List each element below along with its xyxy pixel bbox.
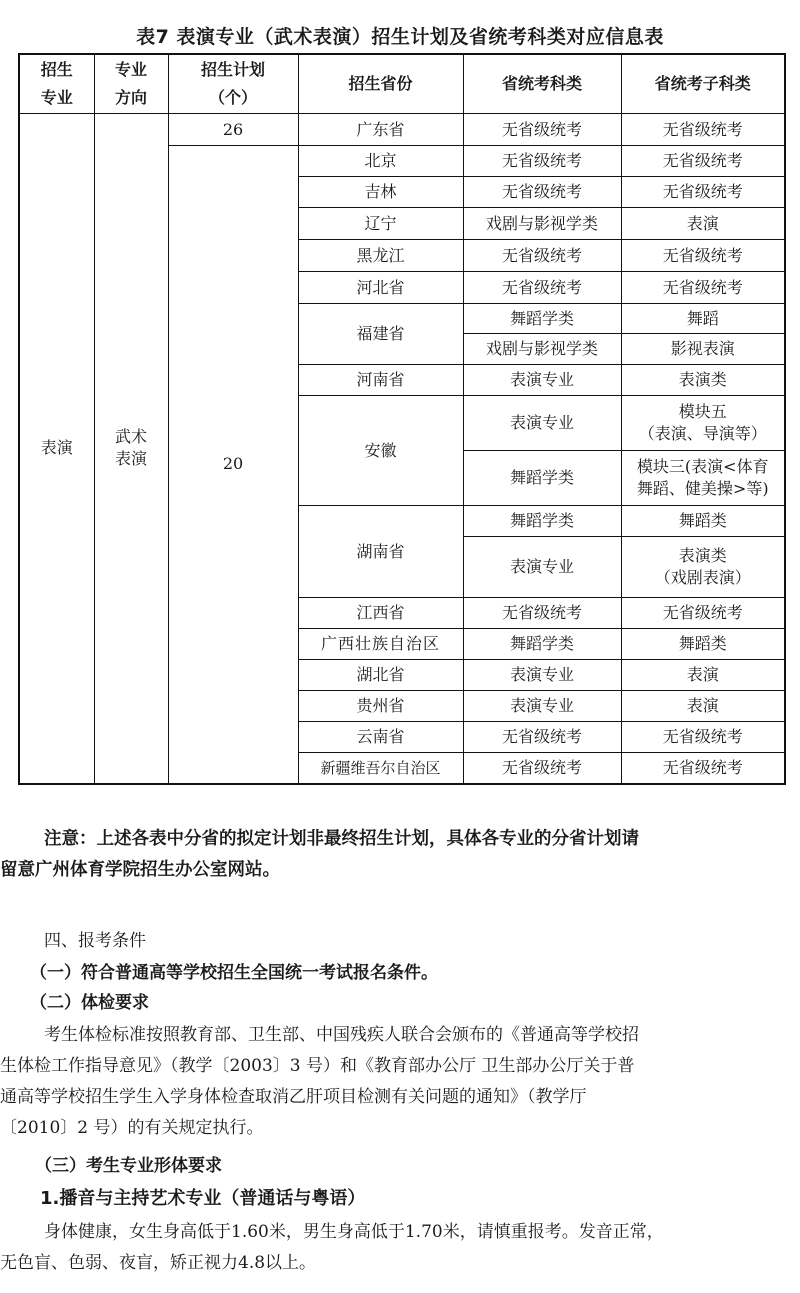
province-cell: 河南省 bbox=[298, 365, 463, 396]
subcategory-cell: 无省级统考 bbox=[621, 240, 785, 272]
subcategory-cell: 无省级统考 bbox=[621, 114, 785, 146]
province-cell: 江西省 bbox=[298, 598, 463, 629]
category-cell: 无省级统考 bbox=[463, 177, 621, 208]
province-cell: 广东省 bbox=[298, 114, 463, 146]
table-title: 表7 表演专业（武术表演）招生计划及省统考科类对应信息表 bbox=[0, 22, 800, 49]
province-cell: 黑龙江 bbox=[298, 240, 463, 272]
plan-cell: 20 bbox=[168, 146, 298, 784]
subcategory-cell: 无省级统考 bbox=[621, 753, 785, 784]
subcategory-cell: 表演类 bbox=[621, 365, 785, 396]
subcategory-cell: 无省级统考 bbox=[621, 272, 785, 304]
subcategory-cell: 表演 bbox=[621, 208, 785, 240]
category-cell: 表演专业 bbox=[463, 691, 621, 722]
province-cell: 广西壮族自治区 bbox=[298, 629, 463, 660]
subcategory-cell: 表演 bbox=[621, 691, 785, 722]
item2-body: 考生体检标准按照教育部、卫生部、中国残疾人联合会颁布的《普通高等学校招 生体检工… bbox=[0, 1020, 790, 1144]
major-cell: 表演 bbox=[19, 114, 94, 784]
category-cell: 无省级统考 bbox=[463, 272, 621, 304]
category-cell: 无省级统考 bbox=[463, 240, 621, 272]
province-cell: 云南省 bbox=[298, 722, 463, 753]
item2-heading: （二）体检要求 bbox=[30, 988, 800, 1019]
sub1-body: 身体健康，女生身高低于1.60米，男生身高低于1.70米，请慎重报考。发音正常，… bbox=[0, 1217, 790, 1279]
province-cell: 新疆维吾尔自治区 bbox=[298, 753, 463, 784]
province-cell: 安徽 bbox=[298, 396, 463, 506]
category-cell: 无省级统考 bbox=[463, 598, 621, 629]
province-cell: 辽宁 bbox=[298, 208, 463, 240]
province-cell: 湖南省 bbox=[298, 506, 463, 598]
province-cell: 福建省 bbox=[298, 304, 463, 365]
subcategory-cell: 影视表演 bbox=[621, 334, 785, 365]
direction-cell: 武术表演 bbox=[94, 114, 168, 784]
subcategory-cell: 无省级统考 bbox=[621, 598, 785, 629]
section-heading: 四、报考条件 bbox=[0, 926, 790, 957]
category-cell: 无省级统考 bbox=[463, 753, 621, 784]
item1-heading: （一）符合普通高等学校招生全国统一考试报名条件。 bbox=[30, 958, 800, 989]
header-major: 招生专业 bbox=[19, 54, 94, 114]
subcategory-cell: 无省级统考 bbox=[621, 722, 785, 753]
table-row: 表演 武术表演 26 广东省 无省级统考 无省级统考 bbox=[19, 114, 785, 146]
header-category: 省统考科类 bbox=[463, 54, 621, 114]
enrollment-table: 招生专业 专业方向 招生计划（个） 招生省份 省统考科类 省统考子科类 表演 武… bbox=[18, 53, 786, 785]
category-cell: 舞蹈学类 bbox=[463, 451, 621, 506]
category-cell: 戏剧与影视学类 bbox=[463, 208, 621, 240]
item3-heading: （三）考生专业形体要求 bbox=[35, 1151, 800, 1182]
category-cell: 无省级统考 bbox=[463, 722, 621, 753]
category-cell: 舞蹈学类 bbox=[463, 304, 621, 334]
subcategory-cell: 舞蹈类 bbox=[621, 506, 785, 537]
subcategory-cell: 舞蹈类 bbox=[621, 629, 785, 660]
subcategory-cell: 舞蹈 bbox=[621, 304, 785, 334]
header-subcategory: 省统考子科类 bbox=[621, 54, 785, 114]
province-cell: 吉林 bbox=[298, 177, 463, 208]
category-cell: 表演专业 bbox=[463, 365, 621, 396]
category-cell: 无省级统考 bbox=[463, 146, 621, 177]
plan-cell: 26 bbox=[168, 114, 298, 146]
category-cell: 舞蹈学类 bbox=[463, 506, 621, 537]
province-cell: 北京 bbox=[298, 146, 463, 177]
category-cell: 表演专业 bbox=[463, 537, 621, 598]
note-paragraph: 注意：上述各表中分省的拟定计划非最终招生计划，具体各专业的分省计划请 留意广州体… bbox=[0, 824, 790, 886]
subcategory-cell: 无省级统考 bbox=[621, 146, 785, 177]
province-cell: 湖北省 bbox=[298, 660, 463, 691]
category-cell: 表演专业 bbox=[463, 396, 621, 451]
subcategory-cell: 无省级统考 bbox=[621, 177, 785, 208]
category-cell: 舞蹈学类 bbox=[463, 629, 621, 660]
table-header-row: 招生专业 专业方向 招生计划（个） 招生省份 省统考科类 省统考子科类 bbox=[19, 54, 785, 114]
category-cell: 戏剧与影视学类 bbox=[463, 334, 621, 365]
header-plan: 招生计划（个） bbox=[168, 54, 298, 114]
sub1-heading: 1.播音与主持艺术专业（普通话与粤语） bbox=[40, 1183, 800, 1214]
category-cell: 无省级统考 bbox=[463, 114, 621, 146]
subcategory-cell: 表演类（戏剧表演） bbox=[621, 537, 785, 598]
province-cell: 河北省 bbox=[298, 272, 463, 304]
subcategory-cell: 模块五（表演、导演等） bbox=[621, 396, 785, 451]
header-direction: 专业方向 bbox=[94, 54, 168, 114]
subcategory-cell: 表演 bbox=[621, 660, 785, 691]
subcategory-cell: 模块三(表演<体育舞蹈、健美操>等) bbox=[621, 451, 785, 506]
header-province: 招生省份 bbox=[298, 54, 463, 114]
province-cell: 贵州省 bbox=[298, 691, 463, 722]
category-cell: 表演专业 bbox=[463, 660, 621, 691]
